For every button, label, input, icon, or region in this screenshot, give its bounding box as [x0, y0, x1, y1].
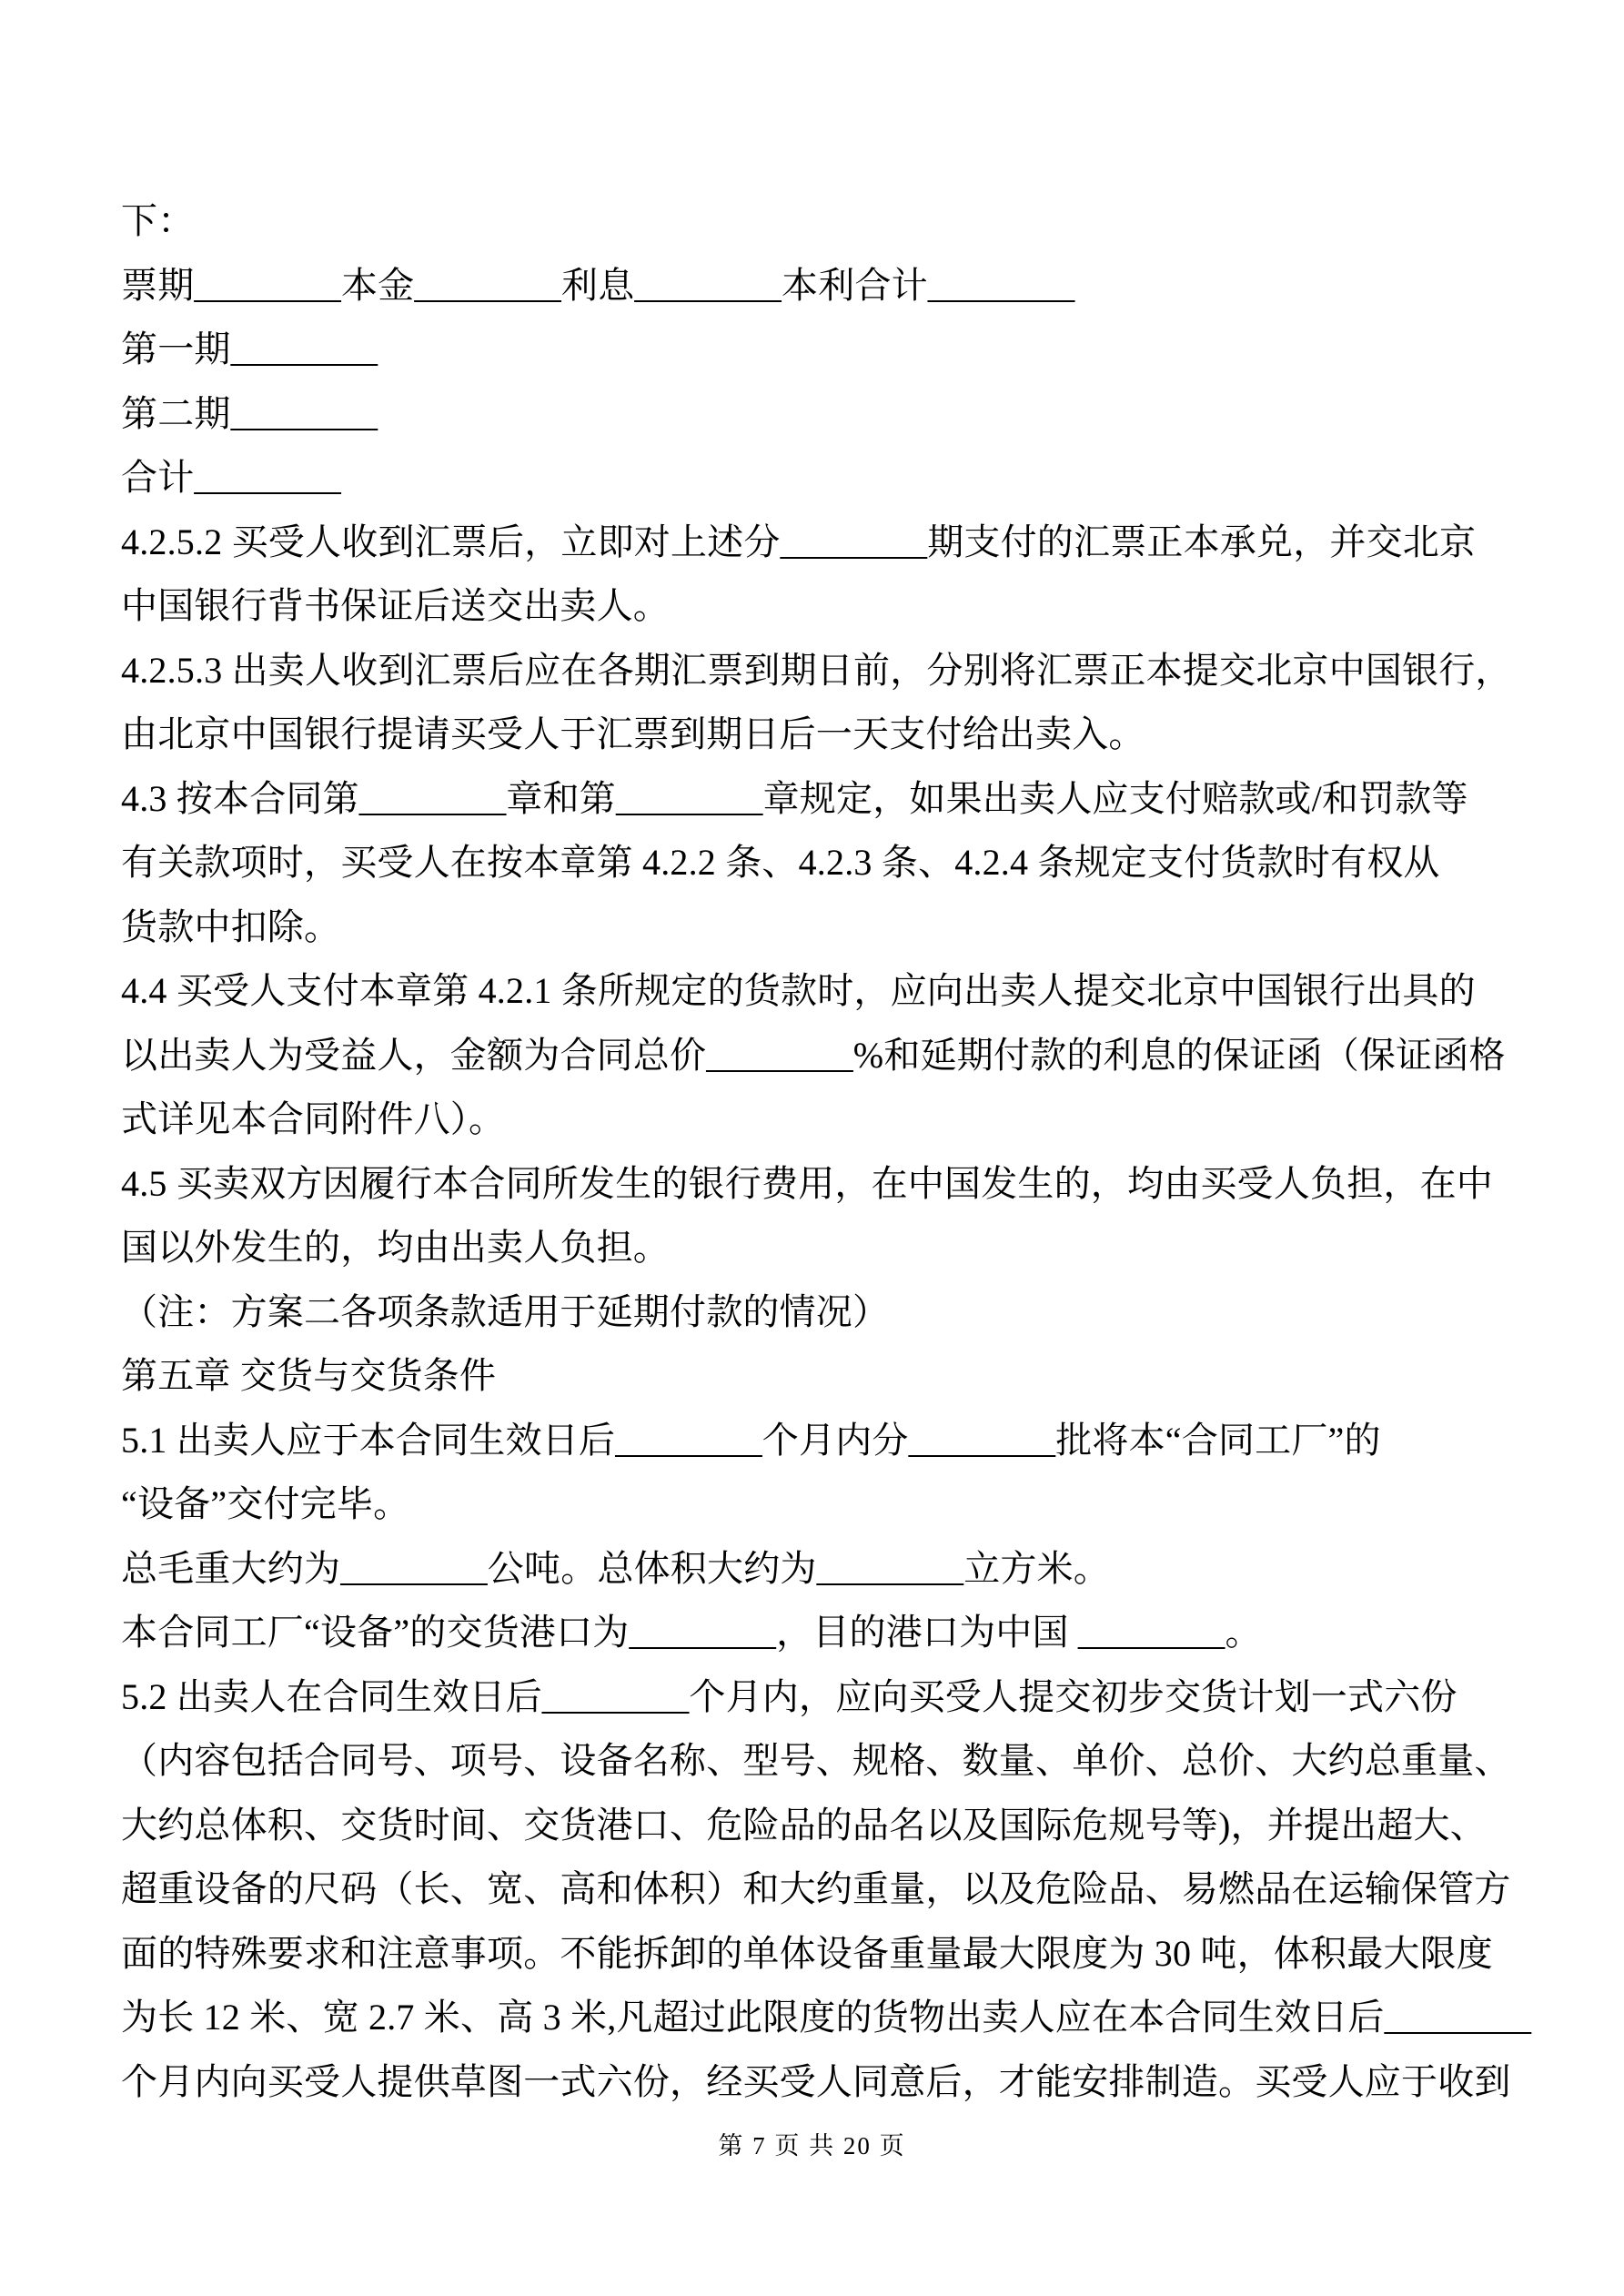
paragraph-line: 4.5 买卖双方因履行本合同所发生的银行费用，在中国发生的，均由买受人负担，在中 — [121, 1152, 1508, 1217]
paragraph-line: 合计________ — [121, 446, 1508, 511]
paragraph-line: 以出卖人为受益人，金额为合同总价________%和延期付款的利息的保证函（保证… — [121, 1024, 1508, 1088]
paragraph-line: 4.4 买受人支付本章第 4.2.1 条所规定的货款时，应向出卖人提交北京中国银… — [121, 959, 1508, 1024]
paragraph-line: （内容包括合同号、项号、设备名称、型号、规格、数量、单价、总价、大约总重量、 — [121, 1729, 1508, 1794]
page-footer: 第 7 页 共 20 页 — [0, 2126, 1624, 2161]
paragraph-line: 本合同工厂“设备”的交货港口为________，目的港口为中国 ________… — [121, 1601, 1508, 1665]
paragraph-line: 4.3 按本合同第________章和第________章规定，如果出卖人应支付… — [121, 767, 1508, 832]
paragraph-line: 国以外发生的，均由出卖人负担。 — [121, 1216, 1508, 1280]
paragraph-line: 有关款项时，买受人在按本章第 4.2.2 条、4.2.3 条、4.2.4 条规定… — [121, 831, 1508, 895]
chapter-heading: 第五章 交货与交货条件 — [121, 1344, 1508, 1409]
paragraph-line: 第一期________ — [121, 318, 1508, 382]
paragraph-line: 货款中扣除。 — [121, 895, 1508, 960]
document-body: 下： 票期________本金________利息________本利合计___… — [121, 189, 1508, 2114]
paragraph-line: 中国银行背书保证后送交出卖人。 — [121, 574, 1508, 639]
paragraph-line: 4.2.5.3 出卖人收到汇票后应在各期汇票到期日前，分别将汇票正本提交北京中国… — [121, 639, 1508, 703]
paragraph-line: 4.2.5.2 买受人收到汇票后，立即对上述分________期支付的汇票正本承… — [121, 511, 1508, 575]
paragraph-line: 第二期________ — [121, 382, 1508, 447]
paragraph-line: 大约总体积、交货时间、交货港口、危险品的品名以及国际危规号等)，并提出超大、 — [121, 1794, 1508, 1858]
paragraph-line: 下： — [121, 189, 1508, 254]
paragraph-line: 由北京中国银行提请买受人于汇票到期日后一天支付给出卖入。 — [121, 703, 1508, 767]
document-page: 下： 票期________本金________利息________本利合计___… — [0, 0, 1624, 2296]
paragraph-line: 票期________本金________利息________本利合计______… — [121, 254, 1508, 319]
paragraph-line: 式详见本合同附件八）。 — [121, 1087, 1508, 1152]
paragraph-line: 个月内向买受人提供草图一式六份，经买受人同意后，才能安排制造。买受人应于收到 — [121, 2050, 1508, 2115]
paragraph-line: 5.1 出卖人应于本合同生效日后________个月内分________批将本“… — [121, 1409, 1508, 1473]
paragraph-line: “设备”交付完毕。 — [121, 1472, 1508, 1537]
paragraph-line: 为长 12 米、宽 2.7 米、高 3 米,凡超过此限度的货物出卖人应在本合同生… — [121, 1986, 1508, 2050]
paragraph-line: 5.2 出卖人在合同生效日后________个月内，应向买受人提交初步交货计划一… — [121, 1665, 1508, 1730]
paragraph-line: （注：方案二各项条款适用于延期付款的情况） — [121, 1280, 1508, 1345]
paragraph-line: 面的特殊要求和注意事项。不能拆卸的单体设备重量最大限度为 30 吨，体积最大限度 — [121, 1922, 1508, 1987]
paragraph-line: 总毛重大约为________公吨。总体积大约为________立方米。 — [121, 1537, 1508, 1602]
paragraph-line: 超重设备的尺码（长、宽、高和体积）和大约重量，以及危险品、易燃品在运输保管方 — [121, 1857, 1508, 1922]
